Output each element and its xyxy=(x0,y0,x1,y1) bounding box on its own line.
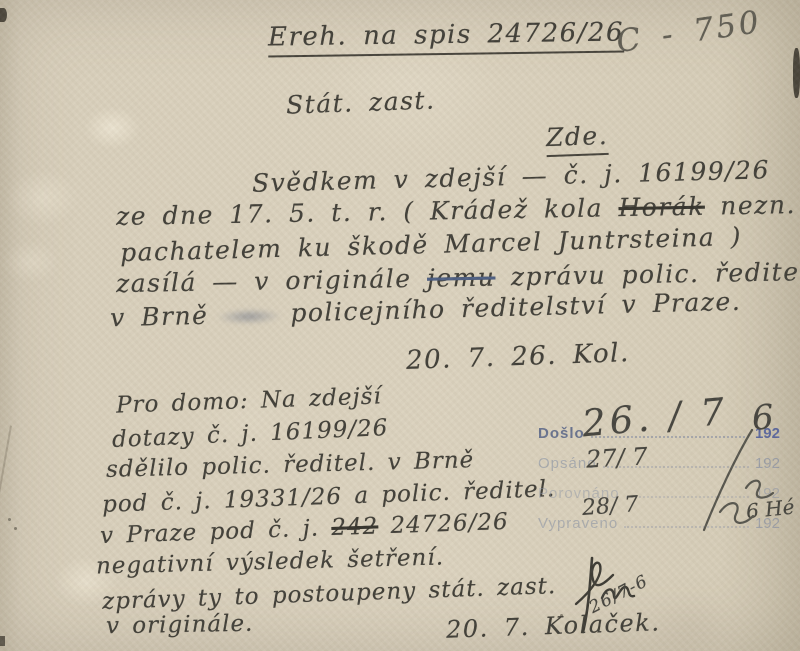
pro-domo-line-1: Pro domo: Na zdejší xyxy=(116,383,383,418)
recipient-place: Zde. xyxy=(546,121,609,152)
pencil-signature-scribble xyxy=(692,422,787,538)
scan-artifact-right-edge xyxy=(793,48,800,98)
pro-domo-line-3: sdělilo polic. ředitel. v Brně xyxy=(106,447,475,483)
registry-note: Ereh. na spis 24726/26 xyxy=(268,18,624,53)
pro-domo-line-2: dotazy č. j. 16199/26 xyxy=(112,415,389,453)
paper-fleck xyxy=(14,527,17,530)
recipient-place-text: Zde. xyxy=(546,121,609,157)
scan-artifact-top-left xyxy=(0,8,7,22)
stamp-handwritten-opsano-date: 27/ 7 xyxy=(585,442,648,473)
struck-number: 242 xyxy=(331,513,379,541)
pro-domo-line-6: negativní výsledek šetření. xyxy=(96,544,445,579)
pro-domo-line-8: v originále. xyxy=(106,611,254,640)
stamp-label: Došlo xyxy=(538,425,585,442)
document-scan: Ereh. na spis 24726/26 C - 750 Stát. zas… xyxy=(0,0,800,651)
paper-fleck xyxy=(8,518,11,521)
registry-note-text: Ereh. na spis 24726/26 xyxy=(268,18,625,58)
file-mark: C - 750 xyxy=(614,4,764,60)
note-date-signature: 20. 7. 26. Kol. xyxy=(406,338,631,376)
ink-smudge xyxy=(216,308,282,326)
struck-word: jemu xyxy=(427,263,496,293)
pro-domo-line-7: zprávy ty to postoupeny stát. zast. xyxy=(102,573,557,615)
recipient-name: Stát. zast. xyxy=(286,85,436,119)
struck-word: Horák xyxy=(618,192,705,223)
scan-artifact-bottom-left xyxy=(0,636,5,646)
paper-crease xyxy=(0,426,12,517)
stamp-handwritten-vypraveno-date: 28/ 7 xyxy=(581,492,639,521)
